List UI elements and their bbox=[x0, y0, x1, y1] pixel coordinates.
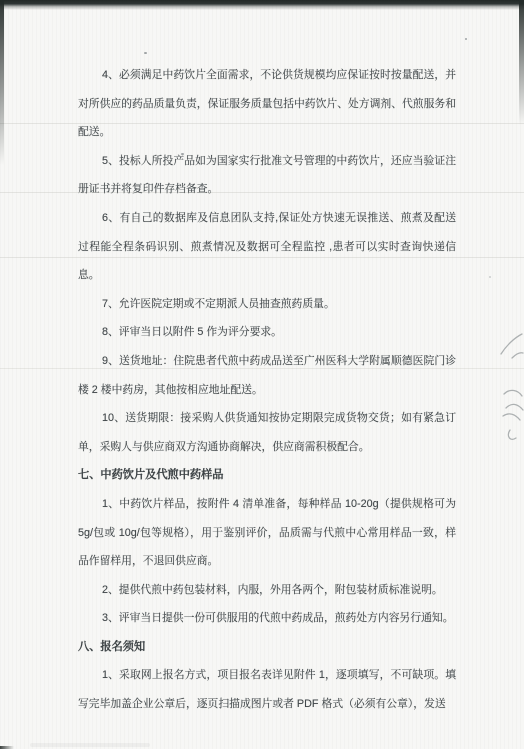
scan-edge-left-shadow bbox=[0, 0, 4, 165]
clause-item-6: 6、有自己的数据库及信息团队支持,保证处方快速无误推送、煎煮及配送过程能全程条码… bbox=[78, 204, 456, 290]
fold-line bbox=[0, 368, 524, 369]
clause-item-5: 5、投标人所投产品如为国家实行批准文号管理的中药饮片，还应当验证注册证书并将复印… bbox=[78, 147, 456, 204]
sample-item-1: 1、中药饮片样品，按附件 4 清单准备，每种样品 10-20g（提供规格可为 5… bbox=[78, 490, 456, 576]
clause-item-7: 7、允许医院定期或不定期派人员抽查煎药质量。 bbox=[78, 290, 456, 319]
fold-line bbox=[0, 123, 524, 124]
clause-item-10: 10、送货期限：接采购人供货通知按协定期限完成货物交货；如有紧急订单，采购人与供… bbox=[78, 404, 456, 461]
scan-edge-top-shadow bbox=[0, 0, 524, 10]
section-heading-8: 八、报名须知 bbox=[78, 633, 456, 662]
scan-smudge bbox=[30, 743, 150, 747]
sample-item-3: 3、评审当日提供一份可供服用的代煎中药成品，煎药处方内容另行通知。 bbox=[78, 604, 456, 633]
section-heading-7: 七、中药饮片及代煎中药样品 bbox=[78, 461, 456, 490]
clause-item-4: 4、必须满足中药饮片全面需求，不论供货规模均应保证按时按量配送，并对所供应的药品… bbox=[78, 61, 456, 147]
scan-speck bbox=[489, 276, 491, 278]
handwriting-mark-upper bbox=[498, 328, 524, 362]
scan-speck bbox=[465, 38, 467, 40]
scan-edge-right-shadow bbox=[519, 0, 524, 125]
scanned-document-page: 4、必须满足中药饮片全面需求，不论供货规模均应保证按时按量配送，并对所供应的药品… bbox=[0, 0, 524, 749]
scan-speck bbox=[144, 52, 147, 54]
document-body: 4、必须满足中药饮片全面需求，不论供货规模均应保证按时按量配送，并对所供应的药品… bbox=[78, 61, 456, 719]
handwriting-mark-lower bbox=[500, 386, 524, 444]
fold-line bbox=[0, 192, 524, 193]
sample-item-2: 2、提供代煎中药包装材料，内服，外用各两个，附包装材质标准说明。 bbox=[78, 576, 456, 605]
signup-item-1: 1、采取网上报名方式，项目报名表详见附件 1，逐项填写，不可缺项。填写完毕加盖企… bbox=[78, 661, 456, 718]
clause-item-9: 9、送货地址：住院患者代煎中药成品送至广州医科大学附属顺德医院门诊楼 2 楼中药… bbox=[78, 347, 456, 404]
scan-speck bbox=[181, 153, 184, 155]
fold-line bbox=[0, 257, 524, 258]
clause-item-8: 8、评审当日以附件 5 作为评分要求。 bbox=[78, 318, 456, 347]
